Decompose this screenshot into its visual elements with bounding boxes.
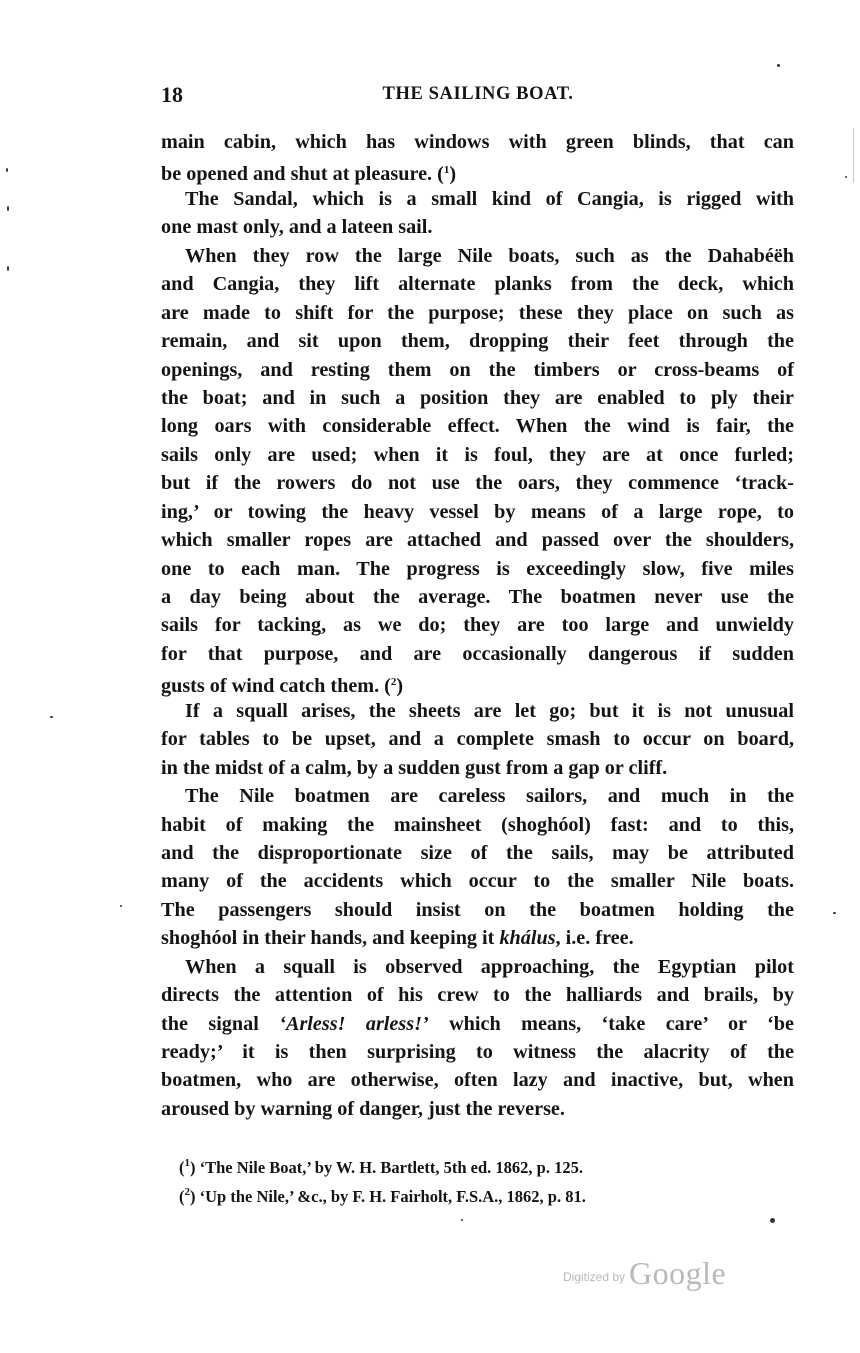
text-line: main cabin, which has windows with green… xyxy=(161,128,794,156)
text-line: boatmen, who are otherwise, often lazy a… xyxy=(161,1066,794,1094)
text-line: the boat; and in such a position they ar… xyxy=(161,384,794,412)
scan-speck xyxy=(770,1218,775,1223)
text-segment: gusts of wind catch them. ( xyxy=(161,675,391,697)
text-line: a day being about the average. The boatm… xyxy=(161,583,794,611)
scan-speck xyxy=(845,176,847,178)
text-line: When a squall is observed approaching, t… xyxy=(161,953,794,981)
text-line: for tables to be upset, and a complete s… xyxy=(161,725,794,753)
footnote-marker: 2 xyxy=(185,1186,191,1198)
footnote-2: (2) ‘Up the Nile,’ &c., by F. H. Fairhol… xyxy=(179,1180,739,1209)
text-line: sails for tacking, as we do; they are to… xyxy=(161,611,794,639)
text-line: sails only are used; when it is foul, th… xyxy=(161,441,794,469)
text-line: for that purpose, and are occasionally d… xyxy=(161,640,794,668)
text-line: many of the accidents which occur to the… xyxy=(161,867,794,895)
scan-speck xyxy=(120,905,122,907)
text-segment: ) xyxy=(449,163,456,185)
footnote-1: (1) ‘The Nile Boat,’ by W. H. Bartlett, … xyxy=(179,1151,739,1180)
scan-speck xyxy=(461,1219,463,1221)
text-line: which smaller ropes are attached and pas… xyxy=(161,526,794,554)
text-segment: ) xyxy=(396,675,403,697)
text-line: When they row the large Nile boats, such… xyxy=(161,242,794,270)
watermark-prefix: Digitized by xyxy=(563,1270,625,1284)
scan-speck xyxy=(777,64,780,67)
digitized-by-google-watermark: Digitized by Google xyxy=(563,1255,726,1292)
text-line: ready;’ it is then surprising to witness… xyxy=(161,1038,794,1066)
scan-speck xyxy=(6,168,8,172)
text-line: openings, and resting them on the timber… xyxy=(161,356,794,384)
running-head: 18 THE SAILING BOAT. xyxy=(161,82,795,112)
text-line: in the midst of a calm, by a sudden gust… xyxy=(161,754,794,782)
text-line: one to each man. The progress is exceedi… xyxy=(161,555,794,583)
text-line: If a squall arises, the sheets are let g… xyxy=(161,697,794,725)
text-segment: which means, ‘take care’ or ‘be xyxy=(429,1013,794,1035)
text-line: The Sandal, which is a small kind of Can… xyxy=(161,185,794,213)
italic-term-khalus: khálus xyxy=(499,927,555,949)
google-logo-text: Google xyxy=(629,1255,726,1291)
body-text: main cabin, which has windows with green… xyxy=(161,128,794,1123)
text-line: The Nile boatmen are careless sailors, a… xyxy=(161,782,794,810)
footnote-marker: 1 xyxy=(185,1157,191,1169)
scan-speck xyxy=(833,912,836,914)
scan-edge-line xyxy=(853,128,854,183)
text-line: be opened and shut at pleasure. (1) xyxy=(161,156,794,184)
text-line: aroused by warning of danger, just the r… xyxy=(161,1095,794,1123)
text-line: but if the rowers do not use the oars, t… xyxy=(161,469,794,497)
text-line: one mast only, and a lateen sail. xyxy=(161,213,794,241)
text-line: and the disproportionate size of the sai… xyxy=(161,839,794,867)
scan-speck xyxy=(7,266,9,271)
footnote-text: ‘Up the Nile,’ &c., by F. H. Fairholt, F… xyxy=(200,1187,586,1206)
text-segment: the signal xyxy=(161,1013,279,1035)
text-line: remain, and sit upon them, dropping thei… xyxy=(161,327,794,355)
text-line: and Cangia, they lift alternate planks f… xyxy=(161,270,794,298)
scan-speck xyxy=(50,716,53,718)
text-line: shoghóol in their hands, and keeping it … xyxy=(161,924,794,952)
text-line: ing,’ or towing the heavy vessel by mean… xyxy=(161,498,794,526)
text-segment: shoghóol in their hands, and keeping it xyxy=(161,927,499,949)
running-title: THE SAILING BOAT. xyxy=(161,84,795,105)
text-line: habit of making the mainsheet (shoghóol)… xyxy=(161,811,794,839)
text-segment: , i.e. free. xyxy=(556,927,634,949)
italic-signal-arless: ‘Arless! arless!’ xyxy=(279,1013,428,1035)
footnotes: (1) ‘The Nile Boat,’ by W. H. Bartlett, … xyxy=(179,1151,739,1209)
text-line: long oars with considerable effect. When… xyxy=(161,412,794,440)
text-line: gusts of wind catch them. (2) xyxy=(161,668,794,696)
text-line: directs the attention of his crew to the… xyxy=(161,981,794,1009)
book-page: 18 THE SAILING BOAT. main cabin, which h… xyxy=(0,0,860,1353)
text-line: are made to shift for the purpose; these… xyxy=(161,299,794,327)
scan-speck xyxy=(7,206,9,211)
text-line: The passengers should insist on the boat… xyxy=(161,896,794,924)
footnote-text: ‘The Nile Boat,’ by W. H. Bartlett, 5th … xyxy=(200,1158,583,1177)
text-line: the signal ‘Arless! arless!’ which means… xyxy=(161,1010,794,1038)
text-segment: be opened and shut at pleasure. ( xyxy=(161,163,444,185)
